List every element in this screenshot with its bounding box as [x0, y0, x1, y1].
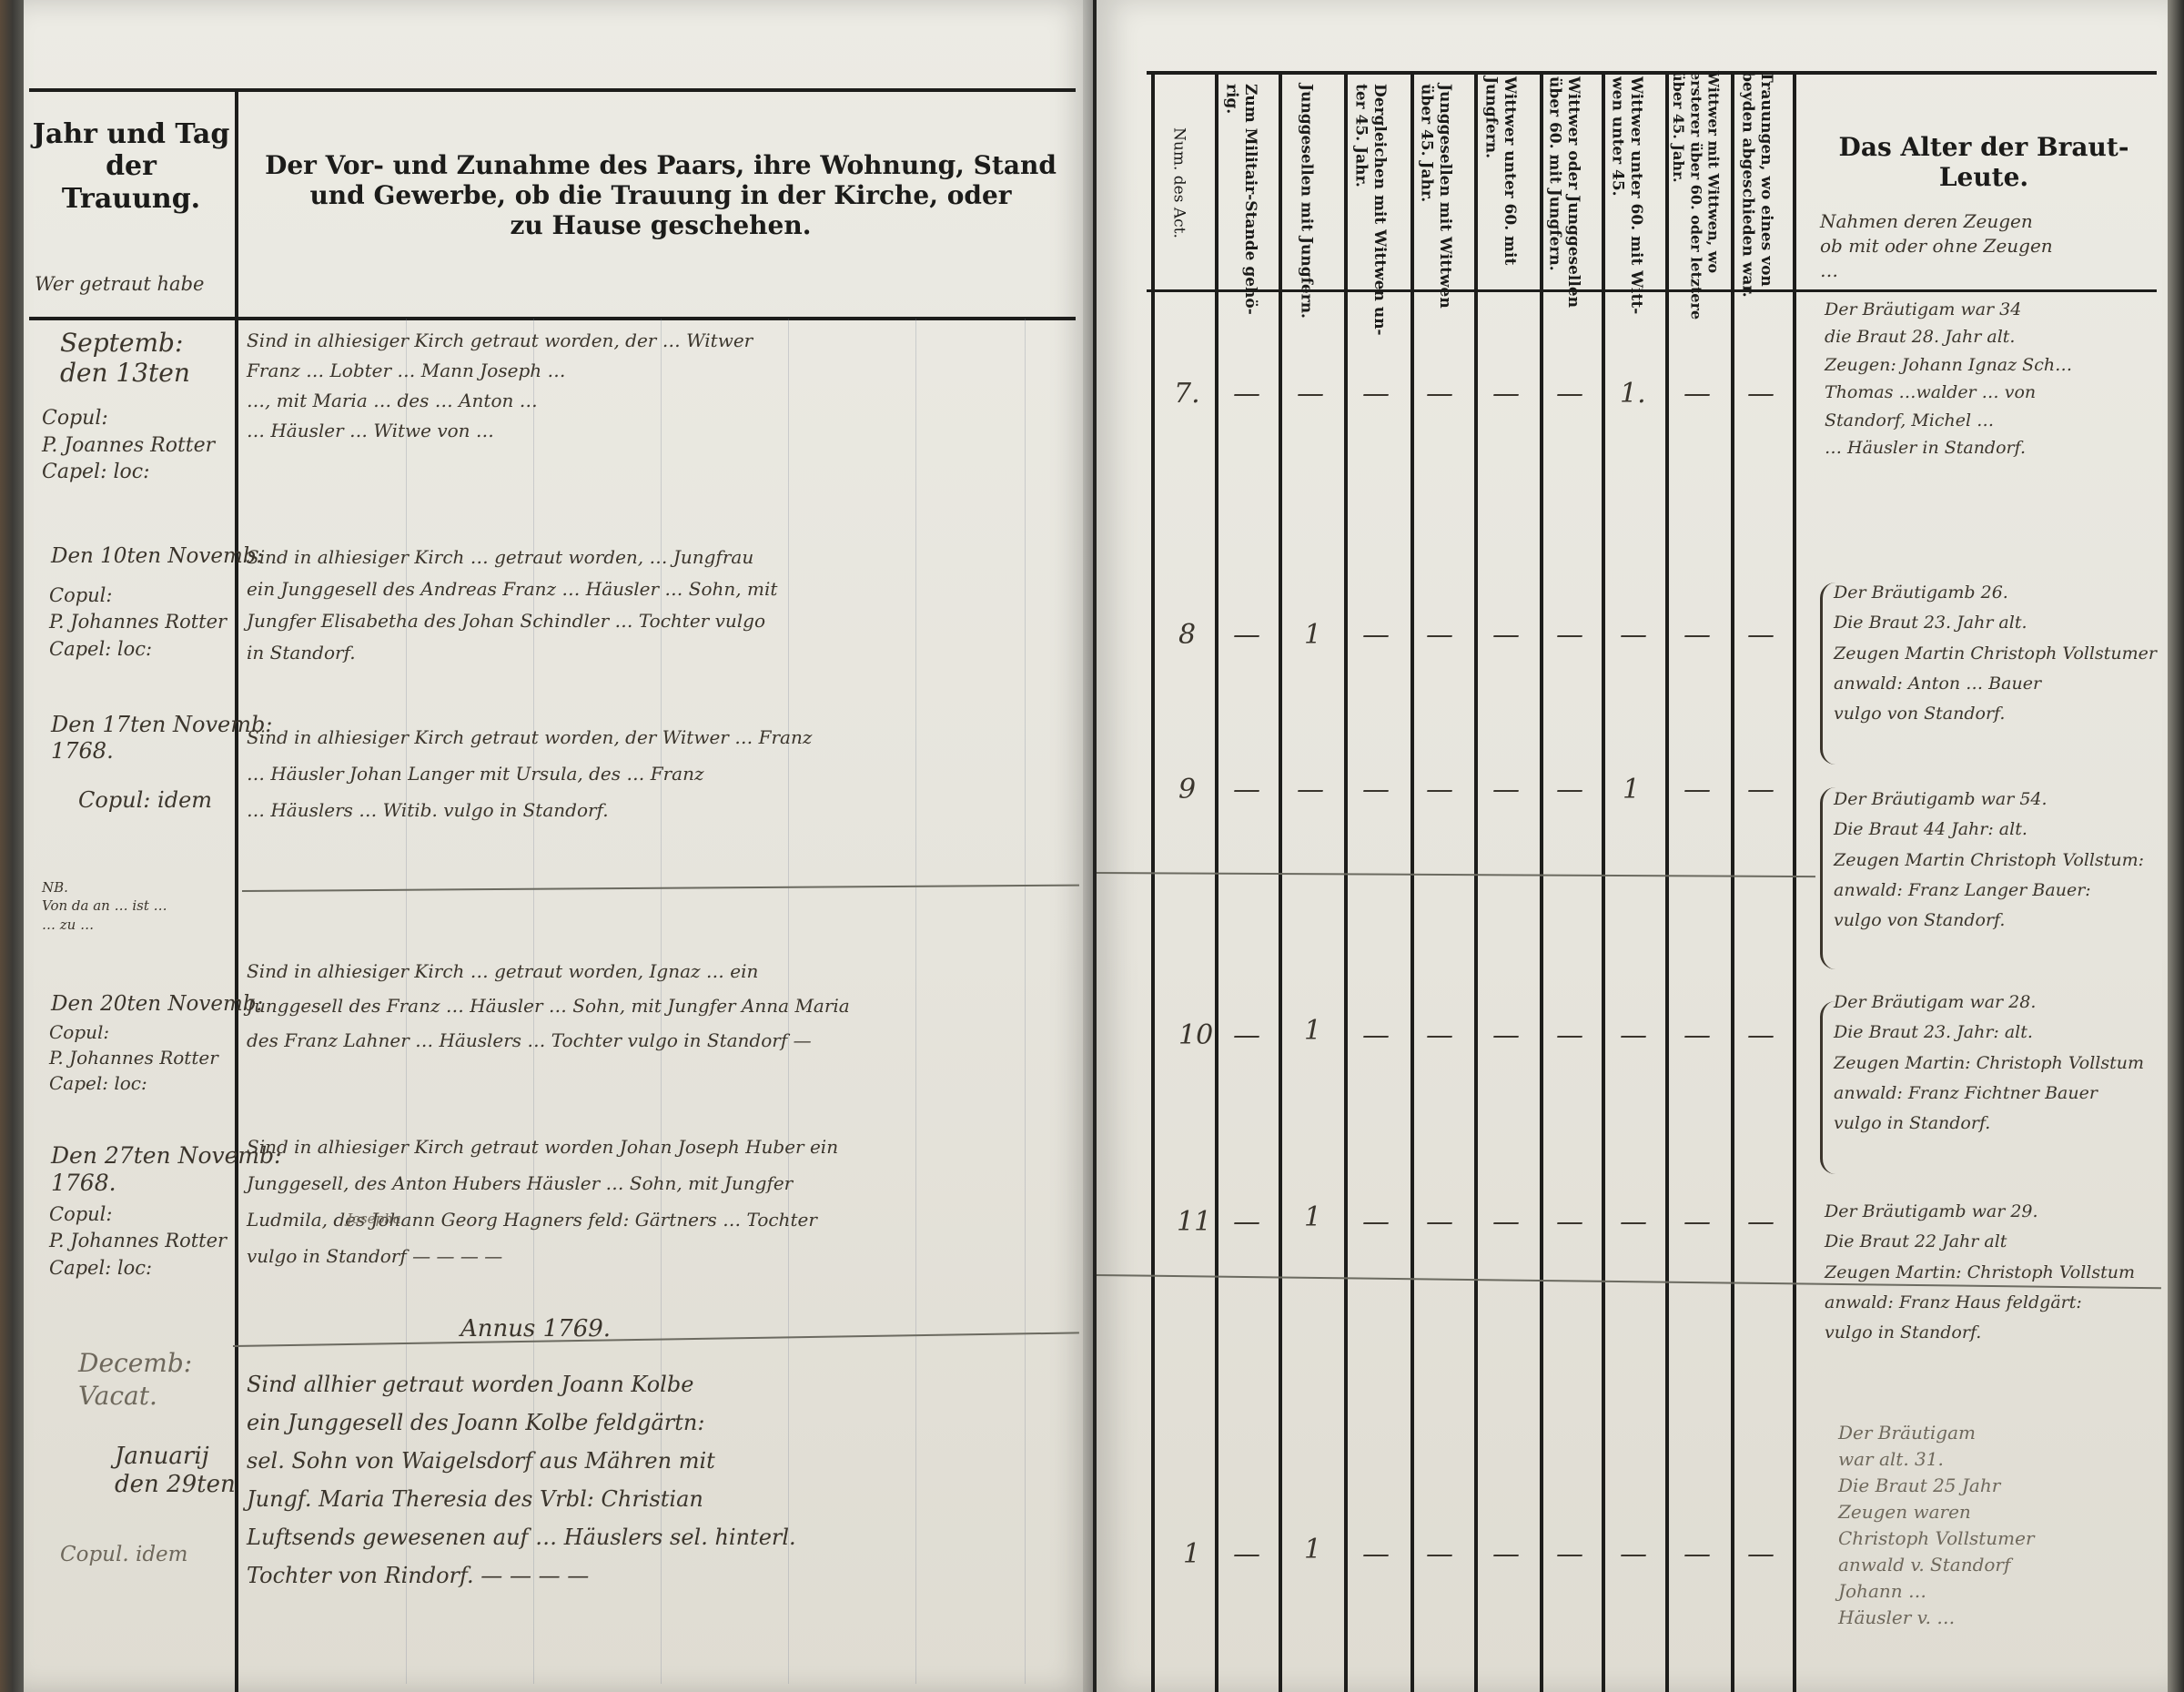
- column-rule: [1344, 73, 1348, 1692]
- right-page: Num. des Act. Zum Militair-Stande gehö- …: [1097, 0, 2170, 1692]
- tally-mark: 1.: [1620, 378, 1646, 410]
- entry-3-date: Den 17ten Novemb: 1768.: [51, 712, 272, 765]
- tally-mark: —: [1233, 774, 1260, 805]
- header-divorced: Trauungen, wo eines von beyden abgeschie…: [1738, 71, 1775, 298]
- entry-1-date: Septemb: den 13ten: [60, 328, 190, 388]
- tally-mark: —: [1683, 378, 1711, 410]
- tally-mark: —: [1683, 1019, 1711, 1051]
- act-number: 8: [1178, 619, 1196, 651]
- header-widowers-widows-over: Wittwer mit Wittwen, wo ersterer über 60…: [1670, 71, 1723, 319]
- tally-mark: —: [1297, 378, 1324, 410]
- tally-mark: —: [1492, 774, 1520, 805]
- tally-mark: —: [1233, 619, 1260, 651]
- tally-mark: —: [1620, 1206, 1647, 1238]
- entry-1-text: Sind in alhiesiger Kirch getraut worden,…: [247, 326, 753, 446]
- tally-mark: —: [1747, 774, 1774, 805]
- tally-mark: —: [1362, 774, 1390, 805]
- tally-mark: —: [1362, 1538, 1390, 1570]
- act-number: 11: [1177, 1206, 1211, 1238]
- entry-6-officiant: Copul. idem: [60, 1543, 187, 1566]
- tally-mark: 1: [1304, 1201, 1321, 1233]
- header-widowers-over60-maidens: Wittwer oder Junggesellen über 60. mit J…: [1545, 76, 1582, 308]
- year-heading: Annus 1769.: [460, 1315, 611, 1342]
- act-number: 1: [1183, 1538, 1200, 1570]
- entry-2-officiant: Copul: P. Johannes Rotter Capel: loc:: [49, 583, 227, 663]
- tally-mark: —: [1556, 1538, 1583, 1570]
- entry-separator: [1097, 872, 1815, 877]
- entry-5-interlinear-name: Josepha: [347, 1211, 401, 1227]
- entry-6-date-vacat: Decemb: Vacat.: [78, 1347, 192, 1413]
- tally-mark: 1: [1304, 619, 1321, 651]
- act-number: 7.: [1174, 378, 1200, 410]
- tally-mark: —: [1620, 1019, 1647, 1051]
- tally-mark: —: [1747, 378, 1774, 410]
- tally-mark: —: [1426, 774, 1453, 805]
- tally-mark: —: [1492, 619, 1520, 651]
- column-rule: [1215, 73, 1218, 1692]
- header-top-rule: [1147, 71, 2157, 75]
- column-rule: [1793, 73, 1796, 1692]
- tally-mark: —: [1426, 1538, 1453, 1570]
- tally-mark: —: [1233, 1206, 1260, 1238]
- tally-mark: —: [1556, 1019, 1583, 1051]
- header-top-rule: [29, 88, 1076, 92]
- entry-3-text: Sind in alhiesiger Kirch getraut worden,…: [247, 719, 812, 828]
- tally-mark: —: [1426, 619, 1453, 651]
- tally-mark: —: [1492, 378, 1520, 410]
- header-widowers-widows-under45: Wittwer unter 60. mit Witt- wen unter 45…: [1608, 76, 1645, 314]
- row-1-ages-witnesses: Der Bräutigam war alt. 31. Die Braut 25 …: [1838, 1420, 2035, 1631]
- row-8-ages-witnesses: Der Bräutigamb 26. Die Braut 23. Jahr al…: [1834, 578, 2157, 729]
- tally-mark: —: [1233, 1538, 1260, 1570]
- left-page: Jahr und Tag der Trauung. Wer getraut ha…: [24, 0, 1093, 1692]
- header-widowers-under60-maidens: Wittwer unter 60. mit Jungfern.: [1481, 76, 1519, 265]
- tally-mark: —: [1362, 619, 1390, 651]
- tally-mark: —: [1556, 378, 1583, 410]
- tally-mark: —: [1556, 774, 1583, 805]
- tally-mark: —: [1362, 1019, 1390, 1051]
- entry-6-date: Januarij den 29ten: [115, 1443, 236, 1499]
- entry-4-note: NB. Von da an … ist … … zu …: [42, 878, 167, 934]
- tally-mark: —: [1683, 1206, 1711, 1238]
- year-separator: [233, 1332, 1079, 1347]
- tally-mark: —: [1297, 774, 1324, 805]
- header-bachelors-widows-over45: Junggesellen mit Wittwen über 45. Jahr.: [1417, 84, 1454, 309]
- tally-mark: 1: [1623, 774, 1640, 805]
- column-rule: [1474, 73, 1478, 1692]
- entry-5-officiant: Copul: P. Johannes Rotter Capel: loc:: [49, 1201, 227, 1282]
- column-rule: [1540, 73, 1543, 1692]
- tally-mark: —: [1556, 619, 1583, 651]
- header-officiant-handwritten: Wer getraut habe: [35, 273, 204, 295]
- tally-mark: 1: [1304, 1534, 1321, 1565]
- tally-mark: —: [1747, 1206, 1774, 1238]
- row-7-ages-witnesses: Der Bräutigam war 34 die Braut 28. Jahr …: [1825, 296, 2072, 461]
- act-number: 9: [1178, 774, 1196, 805]
- tally-mark: —: [1362, 378, 1390, 410]
- header-couple-details: Der Vor- und Zunahme des Paars, ihre Woh…: [251, 150, 1070, 240]
- tally-mark: —: [1492, 1019, 1520, 1051]
- tally-mark: —: [1747, 1019, 1774, 1051]
- column-rule: [1151, 73, 1155, 1692]
- entry-3-officiant: Copul: idem: [78, 787, 212, 813]
- column-rule: [1602, 73, 1605, 1692]
- row-9-ages-witnesses: Der Bräutigamb war 54. Die Braut 44 Jahr…: [1834, 785, 2144, 936]
- entry-5-text: Sind in alhiesiger Kirch getraut worden …: [247, 1129, 838, 1274]
- header-bachelors-widows-under45: Dergleichen mit Wittwen un- ter 45. Jahr…: [1351, 84, 1389, 336]
- header-bottom-rule: [29, 317, 1076, 320]
- header-act-number: Num. des Act.: [1169, 127, 1188, 238]
- column-rule: [1279, 73, 1282, 1692]
- tally-mark: —: [1683, 1538, 1711, 1570]
- tally-mark: —: [1362, 1206, 1390, 1238]
- entry-2-date: Den 10ten Novemb:: [51, 544, 263, 568]
- header-military: Zum Militair-Stande gehö- rig.: [1222, 84, 1259, 315]
- tally-mark: —: [1492, 1206, 1520, 1238]
- header-bachelors-maidens: Junggesellen mit Jungfern.: [1297, 84, 1315, 319]
- column-rule: [915, 319, 916, 1684]
- tally-mark: —: [1233, 1019, 1260, 1051]
- entry-2-text: Sind in alhiesiger Kirch … getraut worde…: [247, 542, 777, 669]
- column-rule: [1665, 73, 1669, 1692]
- tally-mark: 1: [1304, 1015, 1321, 1047]
- column-rule: [1025, 319, 1026, 1684]
- act-number: 10: [1178, 1019, 1213, 1051]
- row-11-ages-witnesses: Der Bräutigamb war 29. Die Braut 22 Jahr…: [1825, 1197, 2135, 1348]
- header-witnesses-handwritten: Nahmen deren Zeugen ob mit oder ohne Zeu…: [1820, 209, 2053, 283]
- tally-mark: —: [1426, 1206, 1453, 1238]
- entry-4-date: Den 20ten Novemb:: [51, 992, 263, 1016]
- tally-mark: —: [1683, 619, 1711, 651]
- tally-mark: —: [1556, 1206, 1583, 1238]
- entry-4-text: Sind in alhiesiger Kirch … getraut worde…: [247, 954, 850, 1058]
- tally-mark: —: [1426, 1019, 1453, 1051]
- tally-mark: —: [1620, 619, 1647, 651]
- row-10-ages-witnesses: Der Bräutigam war 28. Die Braut 23. Jahr…: [1834, 988, 2144, 1139]
- column-rule: [1731, 73, 1734, 1692]
- tally-mark: —: [1620, 1538, 1647, 1570]
- tally-mark: —: [1747, 1538, 1774, 1570]
- entry-6-text: Sind allhier getraut worden Joann Kolbe …: [247, 1365, 796, 1595]
- tally-mark: —: [1747, 619, 1774, 651]
- header-age-of-couple: Das Alter der Braut- Leute.: [1815, 132, 2152, 192]
- entry-1-officiant: Copul: P. Joannes Rotter Capel: loc:: [42, 405, 215, 486]
- header-date-of-marriage: Jahr und Tag der Trauung.: [31, 118, 231, 215]
- tally-mark: —: [1233, 378, 1260, 410]
- tally-mark: —: [1426, 378, 1453, 410]
- tally-mark: —: [1683, 774, 1711, 805]
- tally-mark: —: [1492, 1538, 1520, 1570]
- column-rule: [1410, 73, 1414, 1692]
- entry-4-officiant: Copul: P. Johannes Rotter Capel: loc:: [49, 1019, 218, 1096]
- book-edge-right: [2168, 0, 2184, 1692]
